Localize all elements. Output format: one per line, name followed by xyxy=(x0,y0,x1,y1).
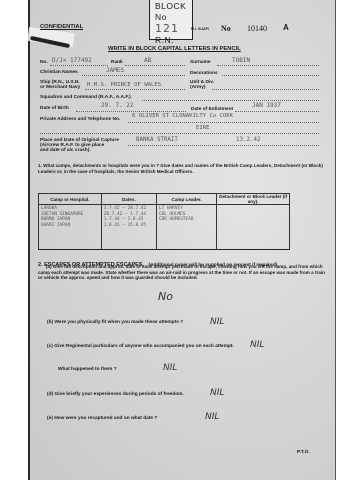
ship-value: H.M.S. PRINCE OF WALES xyxy=(87,82,161,88)
leader-cell: LT HARVEY COL HOLMES CDR HOMESTEAD xyxy=(156,205,216,250)
detachment-cell xyxy=(217,205,290,250)
decorations-label: Decorations xyxy=(190,71,218,76)
camps-table-header: Camp or Hospital. Dates. Camp Leader. De… xyxy=(39,194,290,205)
col-camp: Camp or Hospital. xyxy=(39,194,102,205)
capture-label: Place and Date of Original Capture (Airc… xyxy=(40,139,119,153)
address-value-line2: EIRE xyxy=(196,125,209,131)
classification-label: CONFIDENTIAL xyxy=(40,24,83,30)
table-row: 1.8.45 – 15.8.45 xyxy=(104,223,154,229)
capture-place: BANKA STRAIT xyxy=(136,137,178,143)
dob-value: 29. 7. 22 xyxy=(101,102,134,109)
camp-cell: LARGKA JOETAN SINGAPORE BURMA JAPAN OHAR… xyxy=(39,205,102,250)
question-b: (b) Were you physically fit when you mad… xyxy=(47,320,183,325)
address-label: Private Address and Telephone No. xyxy=(40,117,120,122)
answer-a: No xyxy=(158,290,173,303)
capture-date: 13.2.42 xyxy=(236,137,260,143)
answer-e: NIL xyxy=(205,412,219,422)
stamp-no-label: No xyxy=(155,12,167,22)
answer-d: NIL xyxy=(210,388,224,398)
form-suffix: A xyxy=(283,23,289,32)
no-label: No. xyxy=(40,60,48,65)
form-code: M.I. 9/JAP/ xyxy=(191,27,209,31)
form-no-label: No xyxy=(221,24,231,33)
surname-label: Surname xyxy=(190,60,211,65)
answer-c: NIL xyxy=(250,340,264,350)
question-c: (c) Give Regimental particulars of anyon… xyxy=(47,344,234,349)
section1-question: 1. What camps, detachments or hospitals … xyxy=(38,163,330,174)
col-camp-leader: Camp Leader. xyxy=(156,194,216,205)
camps-table-body: LARGKA JOETAN SINGAPORE BURMA JAPAN OHAR… xyxy=(39,205,290,250)
stamp-no-value: 121 xyxy=(155,22,179,35)
table-row: OHARI JAPAN xyxy=(41,223,99,229)
enlistment-value: JAN 1937 xyxy=(252,102,281,109)
rank-label: Rank xyxy=(111,60,123,65)
enlistment-label: Date of Enlistment xyxy=(191,107,233,112)
camps-table: Camp or Hospital. Dates. Camp Leader. De… xyxy=(38,193,290,250)
pto-label: P.T.O. xyxy=(297,450,310,455)
stamp-number-row: No 121 xyxy=(155,12,192,35)
answer-b: NIL xyxy=(210,317,224,327)
question-d: (d) Give briefly your experiences during… xyxy=(47,392,184,397)
christian-names-label: Christian Names xyxy=(40,70,78,75)
christian-names-value: JAMES xyxy=(106,67,124,74)
table-row: CDR HOMESTEAD xyxy=(159,217,214,223)
squadron-label: Squadron and Command (R.A.F., A.A.F.) xyxy=(40,95,131,100)
address-value-line1: 6 OLIVER ST CLONAKILTY Co CORK xyxy=(132,113,233,119)
stamp-rn: R.N. xyxy=(155,35,192,46)
answer-c2: NIL xyxy=(163,363,177,373)
ship-label: Ship (R.N., U.S.N. or Merchant Navy xyxy=(40,80,80,90)
capture-label-line3: and date of a/c crash). xyxy=(40,149,119,154)
no-value: D/J× 177492 xyxy=(52,57,92,64)
form-serial: 10140 xyxy=(247,24,267,33)
col-dates: Dates. xyxy=(101,194,156,205)
ship-label-line2: or Merchant Navy xyxy=(40,85,80,90)
unit-label-line2: (Army) xyxy=(190,85,214,90)
block-stamp: BLOCK No 121 R.N. xyxy=(149,0,193,40)
instruction-heading: WRITE IN BLOCK CAPITAL LETTERS IN PENCIL xyxy=(108,46,241,52)
question-a: (a) Give full description and approx. da… xyxy=(38,264,330,281)
question-c2: What happened to them ? xyxy=(58,367,117,372)
col-detachment-leader: Detachment or Block Leader (if any). xyxy=(217,194,290,205)
stamp-block: BLOCK xyxy=(155,1,192,12)
question-e: (e) How were you recaptured and on what … xyxy=(47,416,157,421)
unit-label: Unit & Div. (Army) xyxy=(190,80,214,90)
dates-cell: 3.7.42 – 28.7.42 28.7.42 – 1.7.44 1.7.44… xyxy=(101,205,156,250)
rank-value: AB xyxy=(144,57,151,64)
surname-value: TOBIN xyxy=(232,57,250,64)
dob-label: Date of Birth xyxy=(40,106,69,111)
